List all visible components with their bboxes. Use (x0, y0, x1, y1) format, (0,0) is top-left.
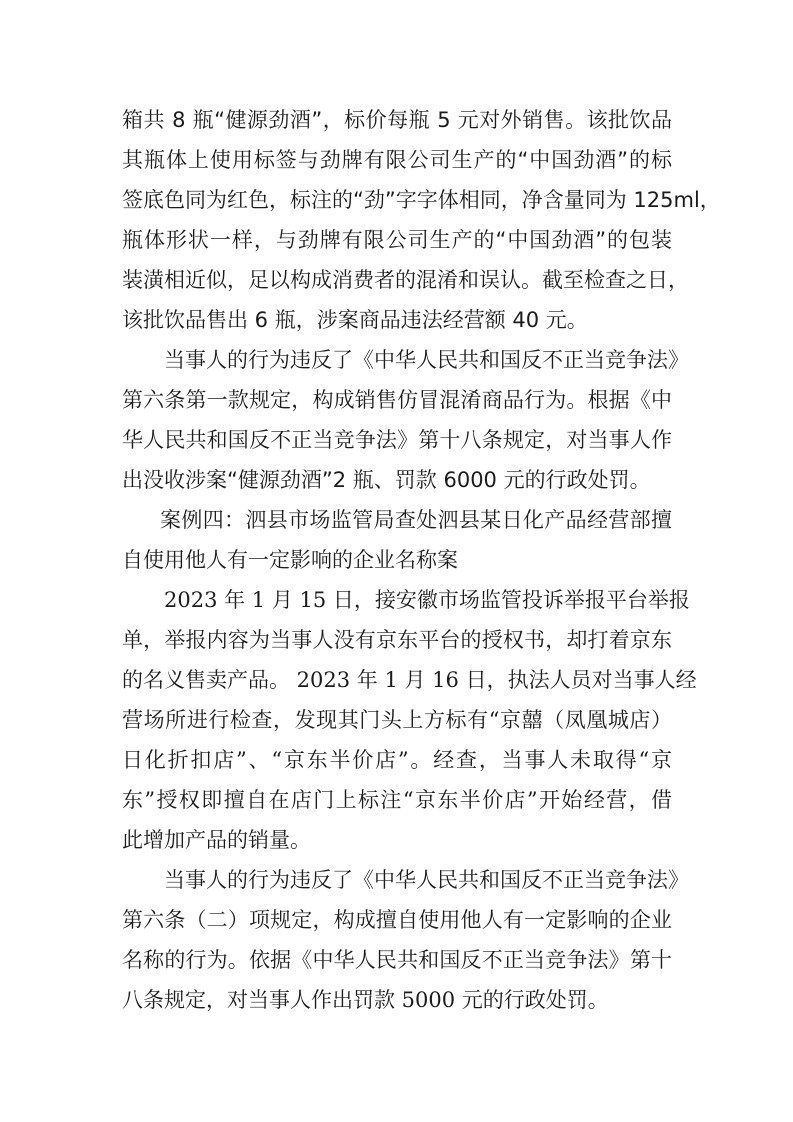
text-line: 其瓶体上使用标签与劲牌有限公司生产的“中国劲酒”的标 (122, 140, 672, 180)
text-line: 华人民共和国反不正当竞争法》第十八条规定，对当事人作 (122, 420, 672, 460)
text-line: 东”授权即擅自在店门上标注“京东半价店”开始经营，借 (122, 780, 672, 820)
text-line: 当事人的行为违反了《中华人民共和国反不正当竞争法》 (122, 860, 672, 900)
document-page: 箱共 8 瓶“健源劲酒”，标价每瓶 5 元对外销售。该批饮品 其瓶体上使用标签与… (0, 0, 793, 1122)
text-line: 八条规定，对当事人作出罚款 5000 元的行政处罚。 (122, 980, 672, 1020)
text-line: 出没收涉案“健源劲酒”2 瓶、罚款 6000 元的行政处罚。 (122, 460, 672, 500)
text-line: 该批饮品售出 6 瓶，涉案商品违法经营额 40 元。 (122, 300, 672, 340)
text-line: 装潢相近似，足以构成消费者的混淆和误认。截至检查之日， (122, 260, 672, 300)
text-line: 营场所进行检查，发现其门头上方标有“京囍（凤凰城店） (122, 700, 672, 740)
text-line: 2023 年 1 月 15 日，接安徽市场监管投诉举报平台举报 (122, 580, 672, 620)
case3-facts-paragraph: 箱共 8 瓶“健源劲酒”，标价每瓶 5 元对外销售。该批饮品 其瓶体上使用标签与… (122, 100, 672, 340)
heading-line: 案例四：泗县市场监管局查处泗县某日化产品经营部擅 (122, 500, 672, 540)
text-line: 当事人的行为违反了《中华人民共和国反不正当竞争法》 (122, 340, 672, 380)
text-line: 单，举报内容为当事人没有京东平台的授权书，却打着京东 (122, 620, 672, 660)
text-line: 此增加产品的销量。 (122, 820, 672, 860)
case3-ruling-paragraph: 当事人的行为违反了《中华人民共和国反不正当竞争法》 第六条第一款规定，构成销售仿… (122, 340, 672, 500)
case4-facts-paragraph: 2023 年 1 月 15 日，接安徽市场监管投诉举报平台举报 单，举报内容为当… (122, 580, 672, 860)
text-line: 箱共 8 瓶“健源劲酒”，标价每瓶 5 元对外销售。该批饮品 (122, 100, 672, 140)
text-line: 瓶体形状一样，与劲牌有限公司生产的“中国劲酒”的包装 (122, 220, 672, 260)
text-line: 名称的行为。依据《中华人民共和国反不正当竞争法》第十 (122, 940, 672, 980)
document-body: 箱共 8 瓶“健源劲酒”，标价每瓶 5 元对外销售。该批饮品 其瓶体上使用标签与… (122, 100, 672, 1020)
heading-line: 自使用他人有一定影响的企业名称案 (122, 540, 672, 580)
text-line: 第六条（二）项规定，构成擅自使用他人有一定影响的企业 (122, 900, 672, 940)
case4-ruling-paragraph: 当事人的行为违反了《中华人民共和国反不正当竞争法》 第六条（二）项规定，构成擅自… (122, 860, 672, 1020)
text-line: 签底色同为红色，标注的“劲”字字体相同，净含量同为 125ml， (122, 180, 672, 220)
text-line: 的名义售卖产品。 2023 年 1 月 16 日，执法人员对当事人经 (122, 660, 672, 700)
text-line: 日化折扣店”、“京东半价店”。经查，当事人未取得“京 (122, 740, 672, 780)
text-line: 第六条第一款规定，构成销售仿冒混淆商品行为。根据《中 (122, 380, 672, 420)
case4-heading: 案例四：泗县市场监管局查处泗县某日化产品经营部擅 自使用他人有一定影响的企业名称… (122, 500, 672, 580)
